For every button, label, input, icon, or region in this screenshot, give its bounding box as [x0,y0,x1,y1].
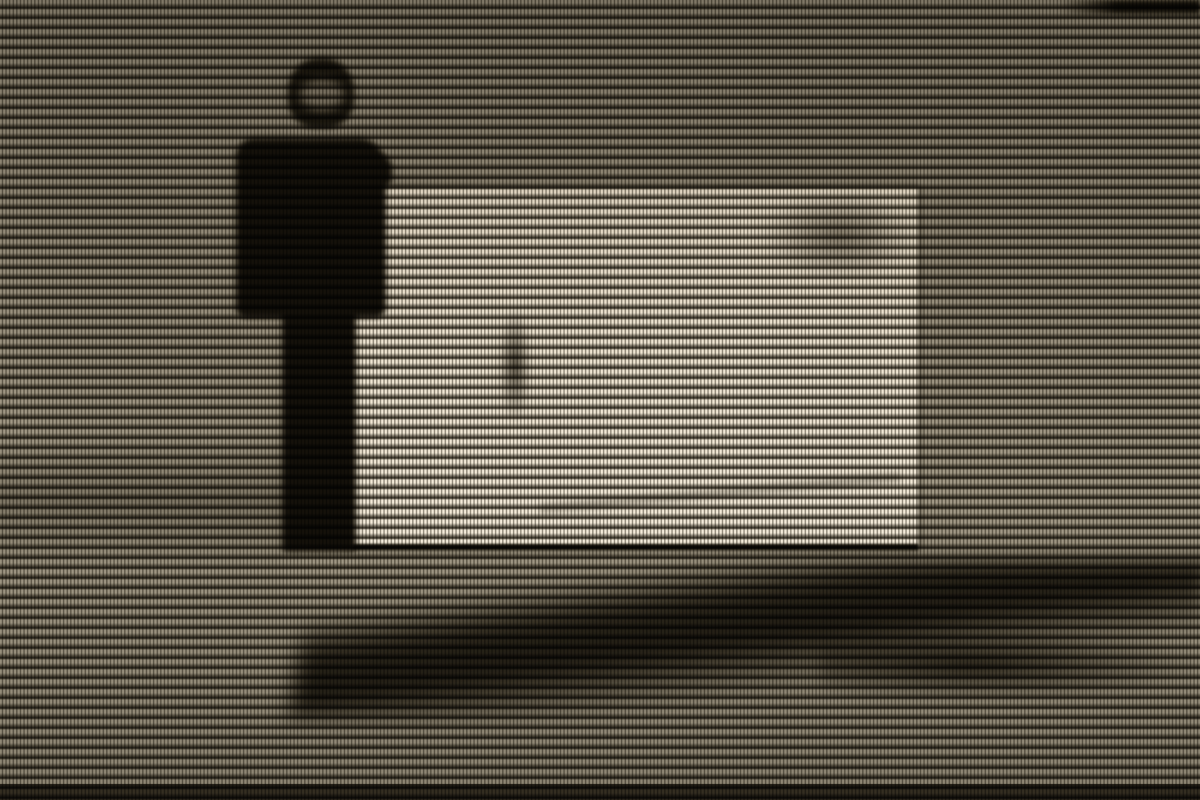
sepia-tint [0,0,1200,800]
halftone-photo: Sepia halftone scanline photograph of a … [0,0,1200,800]
